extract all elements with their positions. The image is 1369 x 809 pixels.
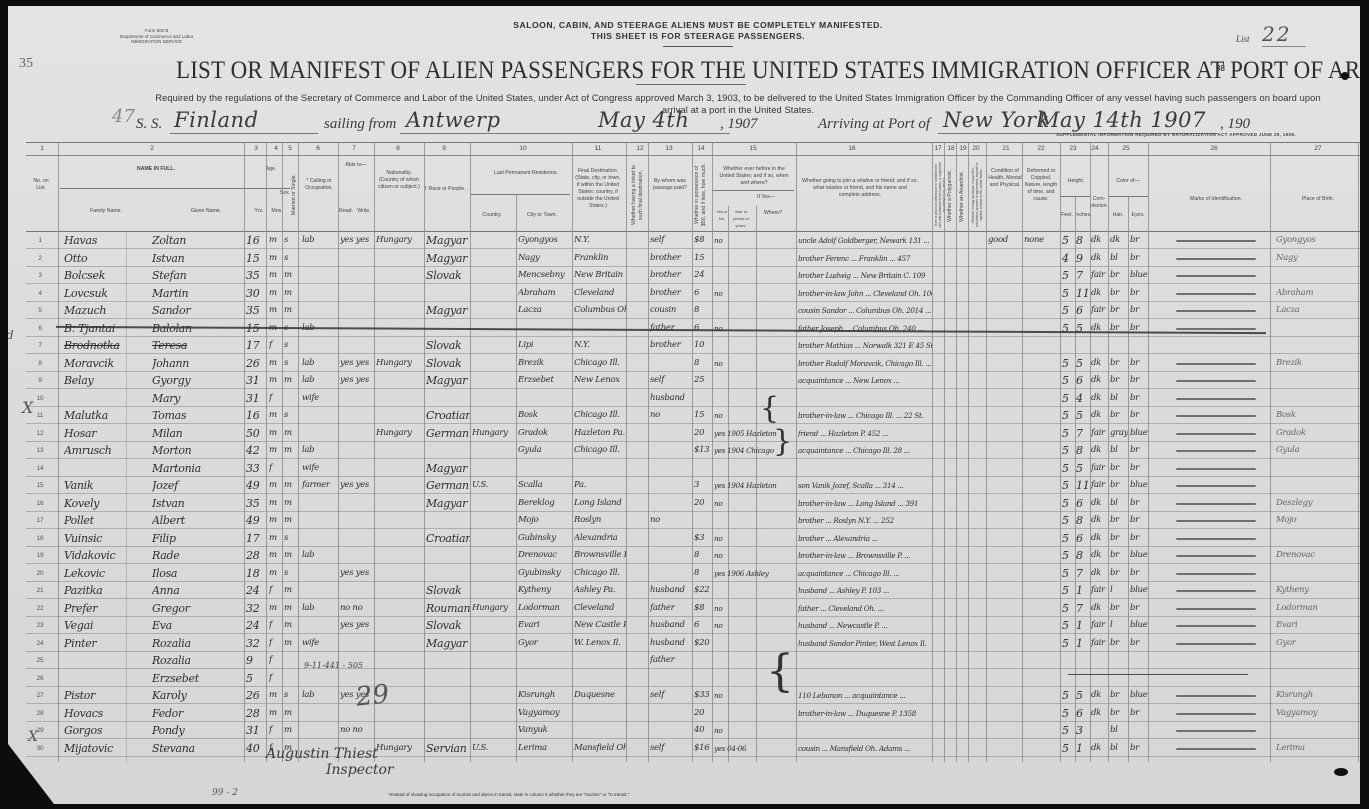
birthplace: Vagyamoy <box>1276 705 1356 722</box>
row-number: 22 <box>32 600 48 617</box>
residence-country: Hungary <box>472 600 516 617</box>
birthplace: Gradok <box>1276 425 1356 442</box>
height-feet: 5 <box>1062 600 1074 617</box>
money: 6 <box>694 285 712 302</box>
complexion: dk <box>1091 530 1108 547</box>
passenger-rows: 1HavasZoltan16mslabyes yesHungaryMagyarG… <box>26 232 1360 762</box>
height-inches: 7 <box>1076 267 1090 284</box>
eye-color: br <box>1130 372 1148 389</box>
deformed: none <box>1024 232 1060 249</box>
eye-color: br <box>1130 740 1148 757</box>
residence-city: Gyula <box>518 442 572 459</box>
sex: m <box>269 442 283 459</box>
joining-relative: acquaintance ... New Lenox ... <box>798 372 932 389</box>
row-number: 20 <box>32 565 48 582</box>
col-num: 2 <box>150 145 154 152</box>
money: 24 <box>694 267 712 284</box>
table-row: 12HosarMilan50mmHungaryGermanHungaryGrad… <box>26 425 1360 442</box>
row-number: 7 <box>32 337 48 354</box>
read-write: yes yes <box>340 355 374 372</box>
sex: m <box>269 547 283 564</box>
date-line <box>590 133 730 134</box>
sailing-date: May 4th <box>598 108 689 132</box>
eye-color: br <box>1130 635 1148 652</box>
height-inches: 6 <box>1076 495 1090 512</box>
table-row: 23VegaiEva24fmyes yesSlovakEvariNew Cast… <box>26 617 1360 634</box>
final-destination: Chicago Ill. <box>574 355 626 372</box>
eye-color: br <box>1130 460 1148 477</box>
complexion: dk <box>1091 250 1108 267</box>
sex: m <box>269 267 283 284</box>
column-number-row: 1 2 3 4 5 6 7 8 9 10 11 12 13 14 15 16 1… <box>26 142 1360 156</box>
marks-dash <box>1176 705 1256 722</box>
final-destination: New Castle Pa. <box>574 617 626 634</box>
final-destination: New Lenox <box>574 372 626 389</box>
race: German <box>426 425 470 442</box>
header-birthplace: Place of Birth. <box>1278 196 1358 203</box>
marks-dash <box>1176 355 1256 372</box>
read-write: yes yes <box>340 477 374 494</box>
header-nationality: Nationality. (Country of which citizen o… <box>376 170 422 191</box>
joining-relative: husband ... Ashley P. 103 ... <box>798 582 932 599</box>
complexion: fair <box>1091 267 1108 284</box>
inspector-signature: Augustin Thiest Inspector <box>266 746 394 778</box>
table-row: 9BelayGyorgy31mmlabyes yesMagyarErzsebet… <box>26 372 1360 389</box>
family-name: Vidakovic <box>64 547 126 564</box>
race: Magyar <box>426 460 470 477</box>
family-name: Pistor <box>64 687 126 704</box>
height-feet: 5 <box>1062 320 1074 337</box>
row-number: 5 <box>32 302 48 319</box>
row-number: 23 <box>32 617 48 634</box>
table-row: 14Martonia33fwifeMagyar55fairbrbr14 <box>26 460 1360 477</box>
marital-status: s <box>284 565 298 582</box>
race: Croatian <box>426 530 470 547</box>
passage-paid-by: husband <box>650 635 692 652</box>
sex: f <box>269 722 283 739</box>
marital-status: m <box>284 442 298 459</box>
hair-color: br <box>1110 267 1128 284</box>
previous-visit: no <box>714 285 796 302</box>
age-years: 28 <box>246 705 266 722</box>
age-years: 5 <box>246 670 266 687</box>
given-name: Rozalia <box>152 652 240 669</box>
header-feet: Feet. <box>1060 212 1074 219</box>
residence-city: Nagy <box>518 250 572 267</box>
table-row: 13AmruschMorton42mmlabGyulaChicago Ill.$… <box>26 442 1360 459</box>
header-name-in-full: NAME IN FULL. <box>66 166 246 173</box>
complexion: dk <box>1091 547 1108 564</box>
family-name: Belay <box>64 372 126 389</box>
money: 8 <box>694 547 712 564</box>
table-row: 2OttoIstvan15msMagyarNagyFranklinbrother… <box>26 250 1360 267</box>
final-destination: New Britain <box>574 267 626 284</box>
banner-line-2: THIS SHEET IS FOR STEERAGE PASSENGERS. <box>438 31 958 42</box>
arrival-date: May 14th 1907 <box>1038 108 1206 132</box>
height-inches: 5 <box>1076 407 1090 424</box>
sex: m <box>269 600 283 617</box>
health-condition: good <box>988 232 1022 249</box>
final-destination: W. Lenox Il. <box>574 635 626 652</box>
residence-city: Drenovac <box>518 547 572 564</box>
complexion: dk <box>1091 407 1108 424</box>
eye-color: br <box>1130 495 1148 512</box>
height-inches: 1 <box>1076 582 1090 599</box>
previous-visit: yes 1906 Ashley <box>714 565 796 582</box>
hair-color: br <box>1110 320 1128 337</box>
eye-color: br <box>1130 442 1148 459</box>
family-name: Pollet <box>64 512 126 529</box>
residence-city: Vagyamoy <box>518 705 572 722</box>
header-inches: Inches. <box>1075 212 1091 219</box>
race: Magyar <box>426 495 470 512</box>
header-final-destination: Final Destination. (State, city, or town… <box>574 168 622 210</box>
joining-relative: son Vanik Jozef, Scalla ... 314 ... <box>798 477 932 494</box>
age-years: 15 <box>246 250 266 267</box>
manifest-table: SUPPLEMENTAL INFORMATION REQUIRED BY NAT… <box>26 142 1360 762</box>
height-inches: 3 <box>1076 722 1090 739</box>
hair-color: bl <box>1110 442 1128 459</box>
read-write: yes yes <box>340 372 374 389</box>
table-row: 17PolletAlbert49mmMojoRoslynnobrother ..… <box>26 512 1360 529</box>
family-name: Bolcsek <box>64 267 126 284</box>
age-years: 30 <box>246 285 266 302</box>
row-number: 13 <box>32 442 48 459</box>
col-num: 27 <box>1314 145 1321 152</box>
row-number: 6 <box>32 320 48 337</box>
joining-relative: brother Ludwig ... New Britain C. 109 <box>798 267 932 284</box>
family-name: Lekovic <box>64 565 126 582</box>
money: 20 <box>694 495 712 512</box>
occupation: lab <box>302 687 338 704</box>
header-last-residence: Last Permanent Residence. <box>481 170 571 177</box>
marital-status: m <box>284 617 298 634</box>
hair-color: br <box>1110 372 1128 389</box>
joining-relative: brother Ferenc ... Franklin ... 457 <box>798 250 932 267</box>
age-years: 17 <box>246 530 266 547</box>
residence-city: Abraham <box>518 285 572 302</box>
header-calling: * Calling or Occupation. <box>301 178 337 192</box>
complexion: fair <box>1091 460 1108 477</box>
given-name: Rozalia <box>152 635 240 652</box>
race: Slovak <box>426 337 470 354</box>
sex: m <box>269 705 283 722</box>
header-hair: Hair. <box>1108 212 1128 219</box>
height-inches: 8 <box>1076 512 1090 529</box>
hair-color: br <box>1110 547 1128 564</box>
col-num: 19 <box>959 145 966 152</box>
table-row: 27PistorKaroly26mslabyes yesKisrunghDuqu… <box>26 687 1360 704</box>
family-name: Malutka <box>64 407 126 424</box>
given-name: Milan <box>152 425 240 442</box>
residence-city: Bereklog <box>518 495 572 512</box>
sex: m <box>269 250 283 267</box>
passage-paid-by: husband <box>650 617 692 634</box>
given-name: Mary <box>152 390 240 407</box>
complexion: dk <box>1091 565 1108 582</box>
occupation: lab <box>302 355 338 372</box>
bracket-rows-24-26: { <box>766 646 794 697</box>
previous-visit: no <box>714 232 796 249</box>
passage-paid-by: self <box>650 687 692 704</box>
marital-status: m <box>284 722 298 739</box>
header-city: City or Town. <box>518 212 566 219</box>
hair-color: br <box>1110 565 1128 582</box>
height-inches: 11 <box>1076 477 1090 494</box>
height-inches: 8 <box>1076 547 1090 564</box>
marks-dash <box>1176 372 1256 389</box>
sex: m <box>269 425 283 442</box>
given-name: Tomas <box>152 407 240 424</box>
age-years: 49 <box>246 477 266 494</box>
height-inches: 8 <box>1076 442 1090 459</box>
height-feet: 5 <box>1062 425 1074 442</box>
complexion: dk <box>1091 442 1108 459</box>
regulation-line-1: Required by the regulations of the Secre… <box>88 92 1360 104</box>
bracket-rows-9-10: { <box>760 391 779 426</box>
race: Croatian <box>426 407 470 424</box>
height-inches: 11 <box>1076 285 1090 302</box>
col-num: 26 <box>1210 145 1217 152</box>
col-num: 18 <box>947 145 954 152</box>
table-row: 7BrodnotkaTeresa17fsSlovakLipiN.Y.brothe… <box>26 337 1360 354</box>
marks-dash <box>1176 722 1256 739</box>
arriving-label: Arriving at Port of <box>818 116 930 133</box>
family-name: Gorgos <box>64 722 126 739</box>
complexion: dk <box>1091 740 1108 757</box>
marital-status: s <box>284 232 298 249</box>
banner: SALOON, CABIN, AND STEERAGE ALIENS MUST … <box>438 20 958 47</box>
occupation: lab <box>302 600 338 617</box>
margin-mark-d: d <box>8 328 14 342</box>
header-marks: Marks of Identification. <box>1166 196 1266 203</box>
residence-country: Hungary <box>472 425 516 442</box>
header-family-name: Family Name. <box>76 208 136 215</box>
final-destination: Brownsville Pa. <box>574 547 626 564</box>
residence-city: Gyongyos <box>518 232 572 249</box>
sex: m <box>269 687 283 704</box>
row-number: 4 <box>32 285 48 302</box>
hair-color: br <box>1110 687 1128 704</box>
header-where: Where? <box>758 210 788 217</box>
sex: f <box>269 670 283 687</box>
residence-city: Mojo <box>518 512 572 529</box>
hair-color: br <box>1110 530 1128 547</box>
eye-color: br <box>1130 250 1148 267</box>
residence-city: Bosk <box>518 407 572 424</box>
marks-dash <box>1176 512 1256 529</box>
height-feet: 5 <box>1062 232 1074 249</box>
list-label: List <box>1236 34 1250 44</box>
joining-relative: brother ... Roslyn N.Y. ... 252 <box>798 512 932 529</box>
residence-city: Lerima <box>518 740 572 757</box>
money: 8 <box>694 565 712 582</box>
col-num: 17 <box>934 145 941 152</box>
marital-status: m <box>284 302 298 319</box>
joining-relative: cousin Sandor ... Columbus Oh. 2014 ... <box>798 302 932 319</box>
race: Slovak <box>426 355 470 372</box>
family-name: Vegai <box>64 617 126 634</box>
ss-label: S. S. <box>136 116 162 133</box>
header-contract: Whether coming by reason of any offer, s… <box>971 162 983 228</box>
age-years: 18 <box>246 565 266 582</box>
joining-relative: brother Rudolf Moravcik, Chicago Ill. ..… <box>798 355 932 372</box>
col-num: 9 <box>442 145 446 152</box>
marital-status: s <box>284 530 298 547</box>
complexion: fair <box>1091 617 1108 634</box>
birthplace: Kytheny <box>1276 582 1356 599</box>
given-name: Martin <box>152 285 240 302</box>
row-number: 14 <box>32 460 48 477</box>
eye-color: blue <box>1130 547 1148 564</box>
table-row: 19VidakovicRade28mmlabDrenovacBrownsvill… <box>26 547 1360 564</box>
age-years: 16 <box>246 232 266 249</box>
height-inches: 6 <box>1076 705 1090 722</box>
residence-country: U.S. <box>472 477 516 494</box>
money: 10 <box>694 337 712 354</box>
header-divider <box>60 188 290 189</box>
ink-blot <box>1341 72 1349 80</box>
col-num: 10 <box>519 145 526 152</box>
joining-relative: husband Sandor Pinter, West Lenox Il. <box>798 635 932 652</box>
residence-city: Vanyuk <box>518 722 572 739</box>
marital-status: s <box>284 355 298 372</box>
age-years: 31 <box>246 722 266 739</box>
stamp-annotation: 9-11-441 - 505 <box>304 661 363 670</box>
final-destination: Hazleton Pa. <box>574 425 626 442</box>
row-number: 12 <box>32 425 48 442</box>
family-name: Pinter <box>64 635 126 652</box>
money: $33 <box>694 687 712 704</box>
complexion: fair <box>1091 635 1108 652</box>
residence-city: Brezik <box>518 355 572 372</box>
complexion: dk <box>1091 495 1108 512</box>
table-row: 3BolcsekStefan35mmSlovakMencsebnyNew Bri… <box>26 267 1360 284</box>
race: Magyar <box>426 250 470 267</box>
family-name: Hovacs <box>64 705 126 722</box>
marks-dash <box>1176 635 1256 652</box>
money: 3 <box>694 477 712 494</box>
age-years: 33 <box>246 460 266 477</box>
height-feet: 5 <box>1062 302 1074 319</box>
given-name: Filip <box>152 530 240 547</box>
hair-color: bl <box>1110 390 1128 407</box>
passage-paid-by: brother <box>650 337 692 354</box>
height-feet: 5 <box>1062 512 1074 529</box>
birthplace: Deszlegy <box>1276 495 1356 512</box>
row-number: 1 <box>32 232 48 249</box>
arrival-port: New York <box>943 108 1050 132</box>
marks-dash <box>1176 495 1256 512</box>
table-row: 15VanikJozef49mmfarmeryes yesGermanU.S.S… <box>26 477 1360 494</box>
table-row: 20LekovicIlosa18msyes yesGyubinskyChicag… <box>26 565 1360 582</box>
residence-city: Gyubinsky <box>518 565 572 582</box>
hair-color: br <box>1110 705 1128 722</box>
family-name: Havas <box>64 232 126 249</box>
age-years: 42 <box>246 442 266 459</box>
given-name: Erzsebet <box>152 670 240 687</box>
height-feet: 5 <box>1062 635 1074 652</box>
row-number: 17 <box>32 512 48 529</box>
sailing-from: Antwerp <box>406 108 501 132</box>
given-name: Eva <box>152 617 240 634</box>
residence-country: U.S. <box>472 740 516 757</box>
given-name: Jozef <box>152 477 240 494</box>
birthplace: Brezik <box>1276 355 1356 372</box>
eye-color: br <box>1130 232 1148 249</box>
given-name: Anna <box>152 582 240 599</box>
joining-relative: father ... Cleveland Oh. ... <box>798 600 932 617</box>
given-name: Gregor <box>152 600 240 617</box>
header-ever-before: Whether ever before in the United States… <box>716 166 792 187</box>
table-row: 26Erzsebet5f26 <box>26 670 1360 687</box>
previous-visit: no <box>714 495 796 512</box>
eye-color: br <box>1130 320 1148 337</box>
residence-city: Gubinsky <box>518 530 572 547</box>
hair-color: br <box>1110 407 1128 424</box>
header-able-to: Able to— <box>341 162 371 169</box>
sex: m <box>269 565 283 582</box>
final-destination: Alexandria <box>574 530 626 547</box>
height-feet: 5 <box>1062 687 1074 704</box>
complexion: fair <box>1091 477 1108 494</box>
occupation: lab <box>302 372 338 389</box>
header-complexion: Com-plexion. <box>1090 196 1108 210</box>
eye-color: br <box>1130 705 1148 722</box>
complexion: dk <box>1091 355 1108 372</box>
table-row: 28HovacsFedor28mmVagyamoy20brother-in-la… <box>26 705 1360 722</box>
sex: m <box>269 407 283 424</box>
marks-dash <box>1176 565 1256 582</box>
final-destination: N.Y. <box>574 337 626 354</box>
form-info: Form 500 B Department of Commerce and La… <box>120 28 193 45</box>
hair-color: l <box>1110 617 1128 634</box>
height-inches: 4 <box>1076 390 1090 407</box>
residence-city: Kytheny <box>518 582 572 599</box>
joining-relative: father Joseph ... Columbus Oh. 240 ... <box>798 320 932 337</box>
marital-status: m <box>284 547 298 564</box>
birthplace: Gyula <box>1276 442 1356 459</box>
height-feet: 5 <box>1062 372 1074 389</box>
col-num: 23 <box>1069 145 1076 152</box>
final-destination: Franklin <box>574 250 626 267</box>
race: German <box>426 477 470 494</box>
service-name: IMMIGRATION SERVICE <box>120 39 193 45</box>
final-destination: Cleveland <box>574 600 626 617</box>
list-number: 22 <box>1262 22 1306 47</box>
joining-relative: brother-in-law ... Chicago Ill. ... 22 S… <box>798 407 932 424</box>
height-feet: 5 <box>1062 285 1074 302</box>
joining-relative: brother-in-law John ... Cleveland Oh. 10… <box>798 285 932 302</box>
marital-status: m <box>284 372 298 389</box>
complexion: dk <box>1091 600 1108 617</box>
age-years: 16 <box>246 407 266 424</box>
eye-color: br <box>1130 407 1148 424</box>
marks-dash <box>1176 687 1256 704</box>
col-num: 11 <box>595 145 602 152</box>
read-write: no no <box>340 722 374 739</box>
age-years: 24 <box>246 582 266 599</box>
row-number: 2 <box>32 250 48 267</box>
passage-paid-by: father <box>650 652 692 669</box>
row-number: 8 <box>32 355 48 372</box>
height-inches: 5 <box>1076 460 1090 477</box>
height-inches: 5 <box>1076 687 1090 704</box>
header-write: Write. <box>356 208 372 215</box>
family-name: Vanik <box>64 477 126 494</box>
col-num: 13 <box>665 145 672 152</box>
marital-status: m <box>284 635 298 652</box>
